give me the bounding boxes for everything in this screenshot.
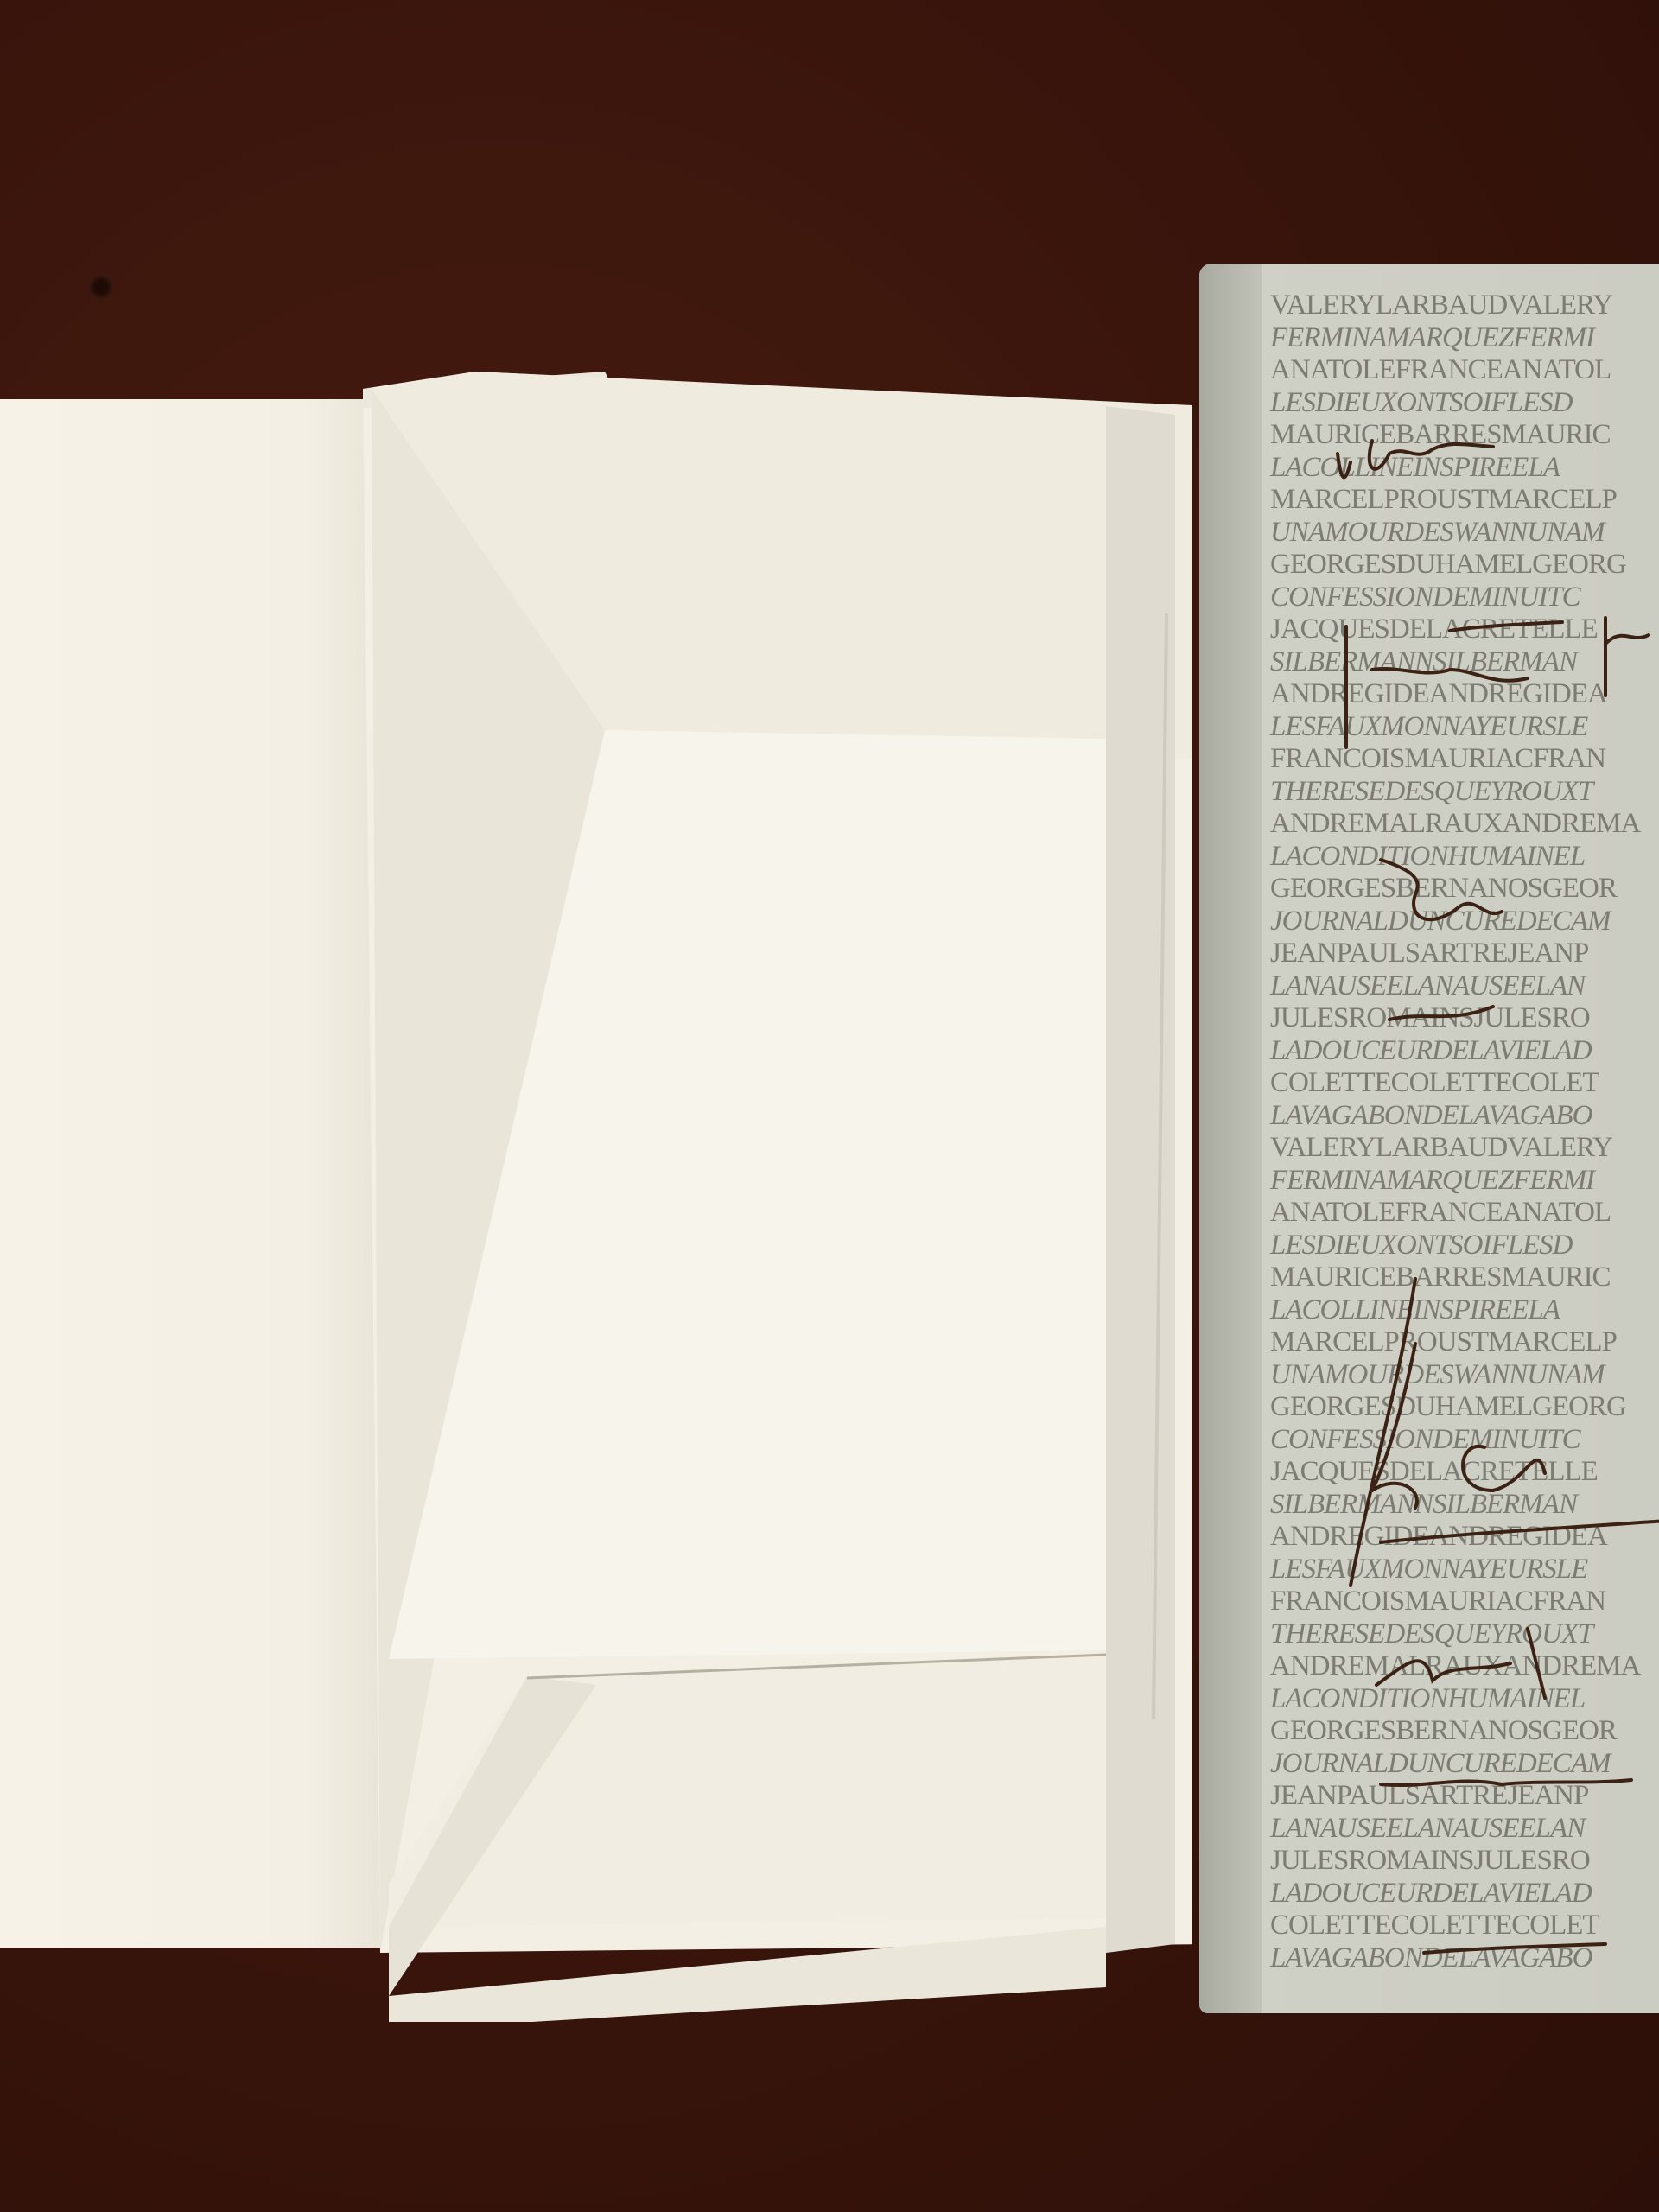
- signatures-overlay: [1199, 264, 1659, 2013]
- left-page: [0, 399, 380, 1948]
- nail-hole: [86, 272, 116, 302]
- slipcase: VALERYLARBAUDVALERYFERMINAMARQUEZFERMIAN…: [1199, 264, 1659, 2013]
- paper-folder: [363, 372, 1192, 2022]
